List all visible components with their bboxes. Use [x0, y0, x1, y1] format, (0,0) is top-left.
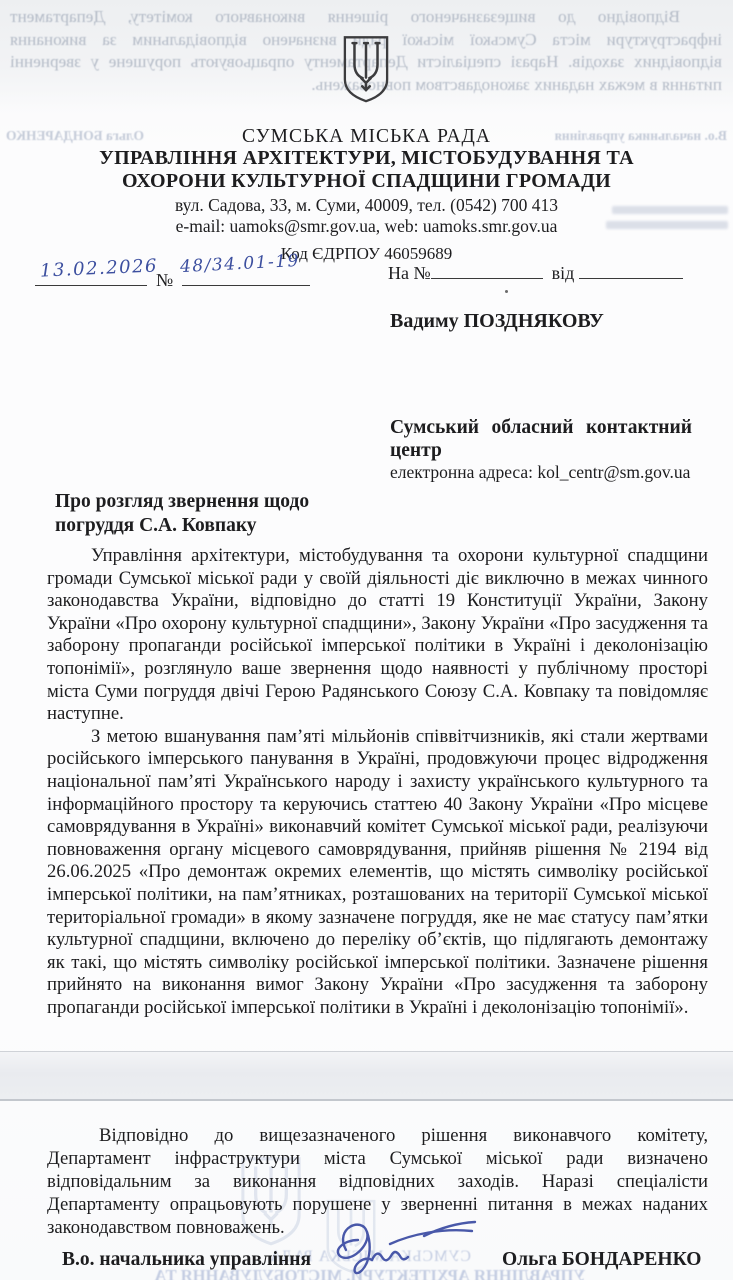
ukraine-trident-emblem-icon	[342, 34, 390, 104]
handwritten-signature	[312, 1214, 484, 1280]
incoming-from-label: від	[552, 263, 575, 283]
incoming-reference-line: На № від	[388, 263, 683, 284]
incoming-label: На №	[388, 263, 431, 283]
scanned-letter-page: Відповідно до вищезазначеного рішення ви…	[0, 0, 733, 1280]
letter-body: Управління архітектури, містобудування т…	[47, 545, 708, 1019]
org-name-department-line2: ОХОРОНИ КУЛЬТУРНОЇ СПАДЩИНИ ГРОМАДИ	[0, 170, 733, 193]
org-name-department-line1: УПРАВЛІННЯ АРХІТЕКТУРИ, МІСТОБУДУВАННЯ Т…	[0, 147, 733, 170]
incoming-date-underline	[579, 264, 683, 279]
signatory-name: Ольга БОНДАРЕНКО	[502, 1249, 701, 1271]
incoming-number-underline	[431, 264, 543, 279]
scan-speck	[505, 290, 508, 293]
number-label: №	[156, 270, 173, 290]
recipient-email: електронна адреса: kol_centr@sm.gov.ua	[390, 462, 710, 483]
org-email-web: e-mail: uamoks@smr.gov.ua, web: uamoks.s…	[0, 216, 733, 237]
scan-seam-band	[0, 1051, 733, 1101]
recipient-organization: Сумський обласний контактний центр	[390, 416, 692, 462]
body-paragraph-2: З метою вшанування пам’яті мільйонів спі…	[47, 726, 708, 1020]
body-paragraph-1: Управління архітектури, містобудування т…	[47, 545, 708, 726]
org-name-council: СУМСЬКА МІСЬКА РАДА	[0, 126, 733, 148]
signatory-position: В.о. начальника управління	[62, 1249, 311, 1271]
letter-subject: Про розгляд звернення щодо погруддя С.А.…	[55, 490, 345, 538]
recipient-name: Вадиму ПОЗДНЯКОВУ	[390, 310, 604, 333]
org-address: вул. Садова, 33, м. Суми, 40009, тел. (0…	[0, 195, 733, 216]
